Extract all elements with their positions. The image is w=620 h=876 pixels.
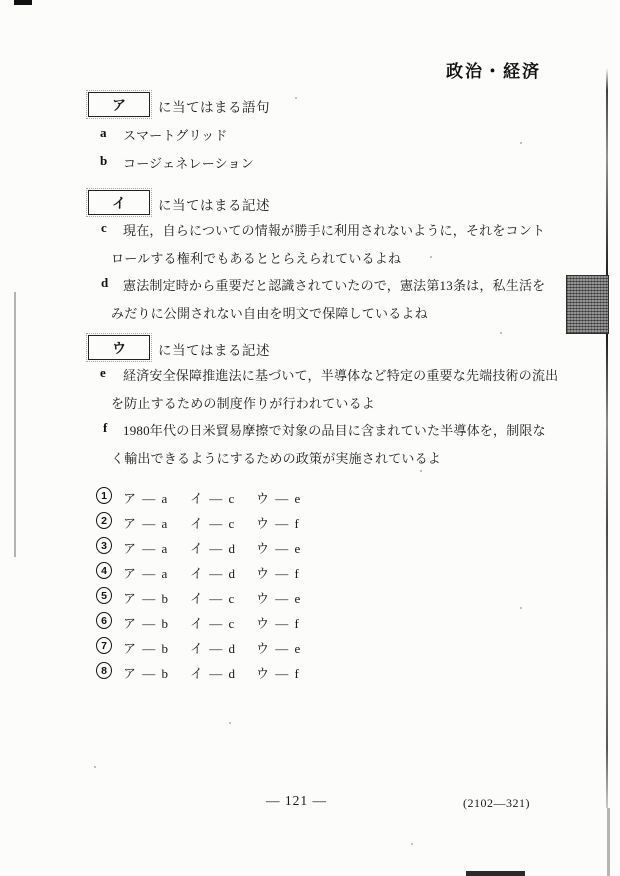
page-title: 政治・経済 bbox=[446, 57, 541, 82]
choice-6-number: 6 bbox=[96, 612, 112, 629]
choice-row-5: 5 ア ― b イ ― c ウ ― e bbox=[0, 587, 620, 609]
scan-speck bbox=[94, 766, 96, 768]
choice-1-pair-a: ア ― a bbox=[123, 488, 169, 507]
section-a-heading: に当てはまる語句 bbox=[158, 96, 270, 116]
choice-5-pair-u: ウ ― e bbox=[256, 588, 302, 607]
blank-box-i: イ bbox=[88, 190, 150, 215]
section-i-heading: に当てはまる記述 bbox=[158, 194, 270, 214]
choice-row-2: 2 ア ― a イ ― c ウ ― f bbox=[0, 512, 620, 534]
statement-e-line-1: 経済安全保障推進法に基づいて，半導体など特定の重要な先端技術の流出 bbox=[123, 365, 558, 384]
section-u-heading: に当てはまる記述 bbox=[158, 339, 270, 359]
option-a-letter: a bbox=[100, 125, 107, 141]
choice-5-number: 5 bbox=[96, 587, 112, 604]
statement-d-line-2: みだりに公開されない自由を明文で保障しているよね bbox=[111, 303, 428, 322]
statement-d-letter: d bbox=[101, 275, 108, 291]
option-a-text: スマートグリッド bbox=[123, 125, 228, 144]
scanned-exam-page: 政治・経済 ア に当てはまる語句 a スマートグリッド b コージェネレーション… bbox=[0, 0, 620, 876]
choice-8-pair-u: ウ ― f bbox=[256, 663, 300, 682]
blank-box-a-label: ア bbox=[112, 95, 126, 115]
choice-5-pair-i: イ ― c bbox=[190, 588, 236, 607]
choice-3-pair-i: イ ― d bbox=[190, 538, 237, 557]
choice-2-pair-a: ア ― a bbox=[123, 513, 169, 532]
choice-7-number: 7 bbox=[96, 637, 112, 654]
choice-3-number: 3 bbox=[96, 537, 112, 554]
blank-box-a: ア bbox=[88, 92, 150, 117]
blank-box-i-label: イ bbox=[112, 193, 126, 213]
statement-e-letter: e bbox=[100, 365, 106, 381]
scan-mark-top-left bbox=[14, 0, 32, 5]
scan-speck bbox=[420, 470, 422, 472]
choice-8-pair-a: ア ― b bbox=[123, 663, 170, 682]
choice-5-pair-a: ア ― b bbox=[123, 588, 170, 607]
scan-speck bbox=[229, 722, 231, 724]
choice-8-pair-i: イ ― d bbox=[190, 663, 237, 682]
scan-binding-smudge bbox=[566, 275, 609, 334]
statement-f-line-2: く輸出できるようにするための政策が実施されているよ bbox=[111, 448, 441, 467]
scan-mark-bottom-right bbox=[466, 871, 525, 876]
choice-1-pair-i: イ ― c bbox=[190, 488, 236, 507]
choice-row-1: 1 ア ― a イ ― c ウ ― e bbox=[0, 487, 620, 509]
choice-4-pair-a: ア ― a bbox=[123, 563, 169, 582]
choice-2-number: 2 bbox=[96, 512, 112, 529]
scan-page-edge-line-tail bbox=[607, 808, 610, 876]
scan-speck bbox=[411, 843, 413, 845]
choice-3-pair-u: ウ ― e bbox=[256, 538, 302, 557]
choice-row-4: 4 ア ― a イ ― d ウ ― f bbox=[0, 562, 620, 584]
choice-1-number: 1 bbox=[96, 487, 112, 504]
statement-c-line-2: ロールする権利でもあるととらえられているよね bbox=[111, 248, 401, 267]
statement-c-letter: c bbox=[101, 220, 107, 236]
choice-3-pair-a: ア ― a bbox=[123, 538, 169, 557]
choice-6-pair-a: ア ― b bbox=[123, 613, 170, 632]
choice-4-number: 4 bbox=[96, 562, 112, 579]
choice-row-7: 7 ア ― b イ ― d ウ ― e bbox=[0, 637, 620, 659]
page-number: ― 121 ― bbox=[266, 793, 327, 809]
choice-8-number: 8 bbox=[96, 662, 112, 679]
choice-1-pair-u: ウ ― e bbox=[256, 488, 302, 507]
scan-speck bbox=[295, 97, 297, 99]
choice-row-6: 6 ア ― b イ ― c ウ ― f bbox=[0, 612, 620, 634]
scan-page-edge-line bbox=[606, 68, 608, 808]
choice-7-pair-i: イ ― d bbox=[190, 638, 237, 657]
choice-2-pair-i: イ ― c bbox=[190, 513, 236, 532]
choice-4-pair-u: ウ ― f bbox=[256, 563, 300, 582]
scan-speck bbox=[520, 142, 522, 144]
statement-e-line-2: を防止するための制度作りが行われているよ bbox=[111, 393, 375, 412]
choice-4-pair-i: イ ― d bbox=[190, 563, 237, 582]
choice-7-pair-u: ウ ― e bbox=[256, 638, 302, 657]
choice-6-pair-i: イ ― c bbox=[190, 613, 236, 632]
choice-row-8: 8 ア ― b イ ― d ウ ― f bbox=[0, 662, 620, 684]
option-b-letter: b bbox=[100, 153, 107, 169]
document-code: (2102―321) bbox=[463, 796, 530, 811]
scan-speck bbox=[500, 332, 502, 334]
choice-6-pair-u: ウ ― f bbox=[256, 613, 300, 632]
choice-row-3: 3 ア ― a イ ― d ウ ― e bbox=[0, 537, 620, 559]
statement-f-line-1: 1980年代の日米貿易摩擦で対象の品目に含まれていた半導体を，制限な bbox=[123, 420, 546, 439]
scan-speck bbox=[430, 256, 432, 258]
statement-f-letter: f bbox=[103, 420, 107, 436]
statement-c-line-1: 現在，自らについての情報が勝手に利用されないように，それをコント bbox=[123, 220, 545, 239]
blank-box-u-label: ウ bbox=[112, 338, 126, 358]
choice-7-pair-a: ア ― b bbox=[123, 638, 170, 657]
option-b-text: コージェネレーション bbox=[123, 153, 254, 172]
statement-d-line-1: 憲法制定時から重要だと認識されていたので，憲法第13条は，私生活を bbox=[123, 275, 545, 294]
choice-2-pair-u: ウ ― f bbox=[256, 513, 300, 532]
blank-box-u: ウ bbox=[88, 335, 150, 360]
